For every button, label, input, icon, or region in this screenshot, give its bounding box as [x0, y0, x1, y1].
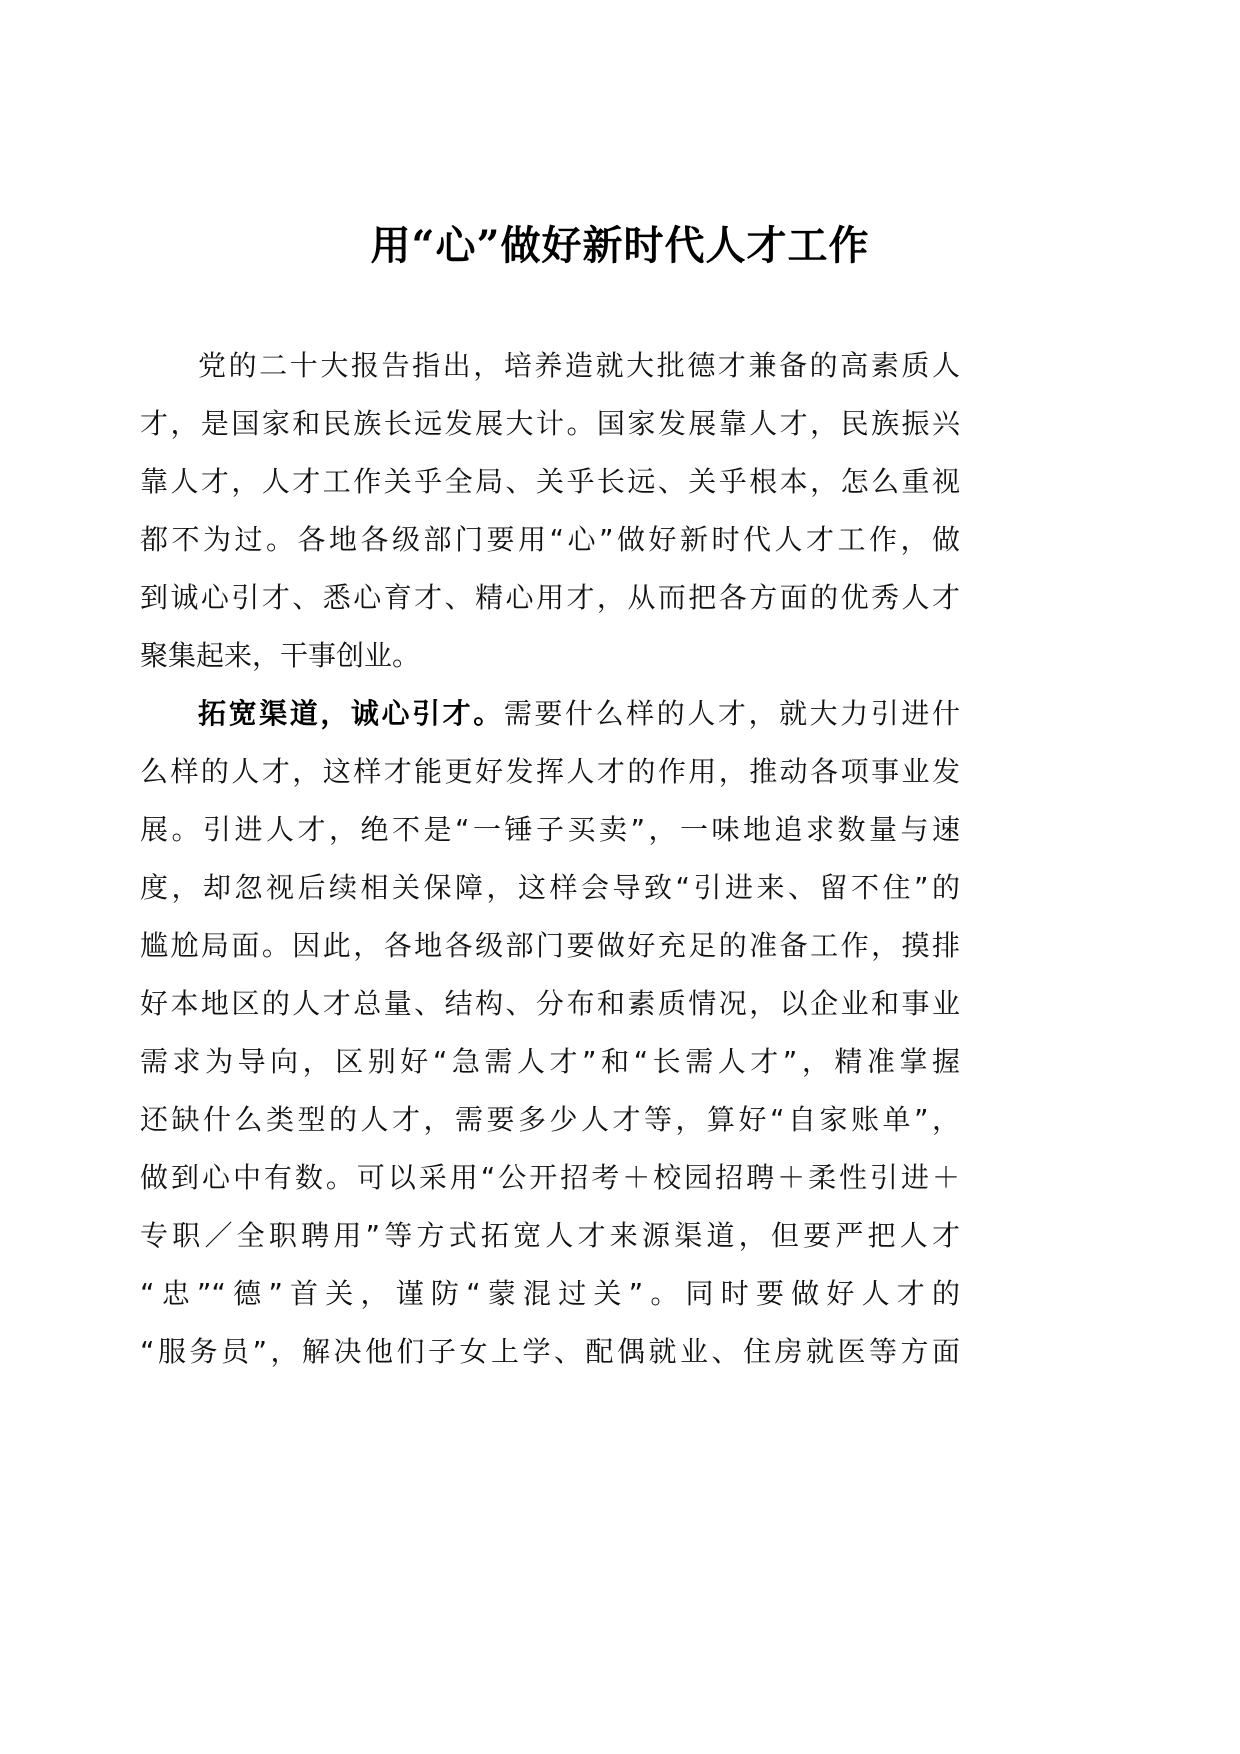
text-line: 需求为导向，区别好“急需人才”和“长需人才”，精准掌握 [140, 1033, 960, 1091]
text-line: 做到心中有数。可以采用“公开招考＋校园招聘＋柔性引进＋ [140, 1149, 960, 1207]
text-line: 才，是国家和民族长远发展大计。国家发展靠人才，民族振兴 [140, 395, 960, 453]
text-line: 度，却忽视后续相关保障，这样会导致“引进来、留不住”的 [140, 859, 960, 917]
text-line: 尴尬局面。因此，各地各级部门要做好充足的准备工作，摸排 [140, 917, 960, 975]
text-line: 专职／全职聘用”等方式拓宽人才来源渠道，但要严把人才 [140, 1207, 960, 1265]
text-line: 好本地区的人才总量、结构、分布和素质情况，以企业和事业 [140, 975, 960, 1033]
text-line: 党的二十大报告指出，培养造就大批德才兼备的高素质人 [140, 337, 960, 395]
text-line: 聚集起来，干事创业。 [140, 627, 960, 685]
document-title: 用“心”做好新时代人才工作 [0, 218, 1240, 274]
text-line: 靠人才，人才工作关乎全局、关乎长远、关乎根本，怎么重视 [140, 453, 960, 511]
text-run: 需要什么样的人才，就大力引进什 [504, 697, 960, 730]
document-body: 党的二十大报告指出，培养造就大批德才兼备的高素质人 才，是国家和民族长远发展大计… [140, 337, 960, 1381]
paragraph-intro: 党的二十大报告指出，培养造就大批德才兼备的高素质人 才，是国家和民族长远发展大计… [140, 337, 960, 685]
paragraph-lead-heading: 拓宽渠道，诚心引才。 [198, 697, 504, 730]
text-line: 么样的人才，这样才能更好发挥人才的作用，推动各项事业发 [140, 743, 960, 801]
text-line: 展。引进人才，绝不是“一锤子买卖”，一味地追求数量与速 [140, 801, 960, 859]
text-line: 还缺什么类型的人才，需要多少人才等，算好“自家账单”， [140, 1091, 960, 1149]
text-line: “忠”“德”首关，谨防“蒙混过关”。同时要做好人才的 [140, 1265, 960, 1323]
document-page: 用“心”做好新时代人才工作 党的二十大报告指出，培养造就大批德才兼备的高素质人 … [0, 0, 1240, 1754]
text-line-with-lead: 拓宽渠道，诚心引才。需要什么样的人才，就大力引进什 [140, 685, 960, 743]
text-line: 都不为过。各地各级部门要用“心”做好新时代人才工作，做 [140, 511, 960, 569]
paragraph-broaden-channels: 拓宽渠道，诚心引才。需要什么样的人才，就大力引进什 么样的人才，这样才能更好发挥… [140, 685, 960, 1381]
text-line: 到诚心引才、悉心育才、精心用才，从而把各方面的优秀人才 [140, 569, 960, 627]
text-line: “服务员”，解决他们子女上学、配偶就业、住房就医等方面 [140, 1323, 960, 1381]
